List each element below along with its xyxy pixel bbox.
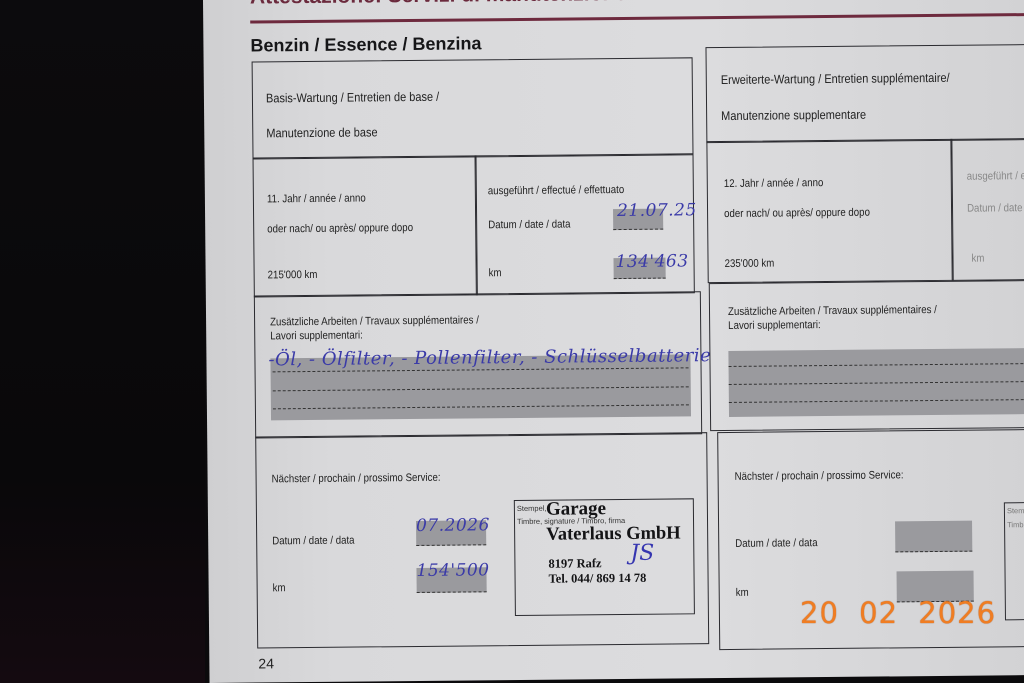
title-rule bbox=[250, 13, 1024, 24]
stamp-phone: Tel. 044/ 869 14 78 bbox=[549, 571, 647, 587]
page-number: 24 bbox=[258, 655, 274, 671]
extended-extra-work-label-2: Lavori supplementari: bbox=[728, 319, 821, 332]
extended-service-header-box bbox=[705, 44, 1024, 143]
extended-next-km-label: km bbox=[736, 587, 749, 599]
photo-date-stamp: 20 02 2026 bbox=[800, 596, 996, 630]
basic-service-title-line1: Basis-Wartung / Entretien de base / bbox=[266, 90, 439, 106]
basic-next-km-label: km bbox=[273, 582, 286, 594]
basic-service-title-line2: Manutenzione de base bbox=[266, 125, 377, 140]
basic-next-date-value: 07.2026 bbox=[416, 515, 490, 536]
dark-background bbox=[0, 0, 205, 683]
section-heading: Benzin / Essence / Benzina bbox=[250, 33, 481, 56]
basic-extra-work-label-1: Zusätzliche Arbeiten / Travaux supplémen… bbox=[270, 314, 479, 328]
extended-stamp-label-1: Stempe bbox=[1007, 506, 1024, 515]
extended-interval-km: 235'000 km bbox=[725, 258, 775, 270]
stamp-company: Vaterlaus GmbH bbox=[546, 523, 681, 545]
extended-stamp-label-2: Timbre bbox=[1007, 520, 1024, 529]
extended-next-service-label: Nächster / prochain / prossimo Service: bbox=[735, 469, 904, 483]
basic-service-header-box bbox=[252, 57, 694, 159]
basic-stamp-label-1: Stempel, bbox=[517, 504, 547, 513]
basic-interval-km: 215'000 km bbox=[268, 269, 318, 281]
signature: JS bbox=[630, 541, 654, 566]
extended-interval-year: 12. Jahr / année / anno bbox=[724, 177, 824, 190]
extended-km-label: km bbox=[971, 253, 984, 265]
basic-interval-year: 11. Jahr / année / anno bbox=[267, 192, 366, 205]
document-page: Attestazione: Servizi di manutenzione Be… bbox=[203, 0, 1024, 683]
extended-date-label: Datum / date bbox=[967, 202, 1023, 215]
basic-next-km-value: 154'500 bbox=[416, 560, 489, 581]
extended-service-title-line1: Erweiterte-Wartung / Entretien supplémen… bbox=[721, 71, 950, 87]
extended-service-title-line2: Manutenzione supplementare bbox=[721, 108, 866, 123]
extended-extra-work-label-1: Zusätzliche Arbeiten / Travaux supplémen… bbox=[728, 304, 937, 318]
stamp-city: 8197 Rafz bbox=[548, 556, 601, 572]
basic-extra-work-label-2: Lavori supplementari: bbox=[270, 329, 363, 342]
stamp-garage: Garage bbox=[546, 498, 606, 521]
basic-next-service-label: Nächster / prochain / prossimo Service: bbox=[272, 472, 441, 486]
extended-next-date-label: Datum / date / data bbox=[735, 537, 817, 550]
basic-date-label: Datum / date / data bbox=[488, 218, 570, 231]
basic-km-label: km bbox=[489, 267, 502, 279]
extended-interval-or: oder nach/ ou après/ oppure dopo bbox=[724, 207, 870, 220]
extended-next-date-field[interactable] bbox=[895, 521, 972, 553]
basic-performed-label: ausgeführt / effectué / effettuato bbox=[488, 184, 624, 197]
basic-next-date-label: Datum / date / data bbox=[272, 535, 354, 548]
extended-performed-label: ausgeführt / e bbox=[967, 170, 1024, 183]
basic-km-value: 134'463 bbox=[615, 251, 688, 272]
basic-interval-or: oder nach/ ou après/ oppure dopo bbox=[267, 222, 413, 235]
basic-date-value: 21.07.25 bbox=[617, 200, 697, 221]
document-title: Attestazione: Servizi di manutenzione bbox=[250, 0, 627, 10]
basic-extra-work-value: -Öl, - Ölfilter, - Pollenfilter, - Schlü… bbox=[268, 345, 711, 370]
